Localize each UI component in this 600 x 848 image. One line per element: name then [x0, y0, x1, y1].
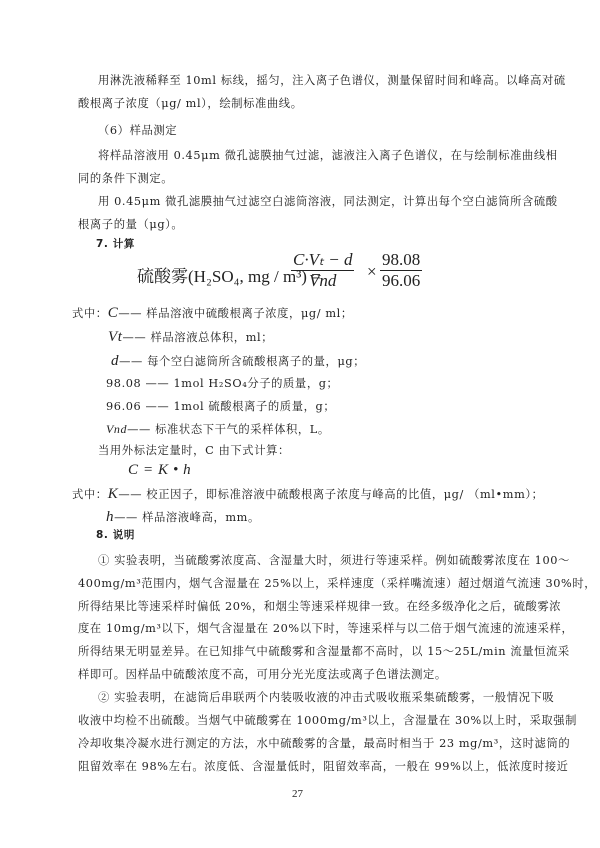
symbol: d — [111, 353, 119, 369]
note-line: 度在 10mg/m³以下，烟气含湿量在 20%以下时，等速采样与以二倍于烟气流速… — [78, 622, 573, 636]
subheading: （6）样品测定 — [98, 124, 177, 138]
definition-d: d—— 每个空白滤筒所含硫酸根离子的量，μg； — [111, 354, 365, 369]
note-line: ② 实验表明，在滤筒后串联两个内装吸收液的冲击式吸收瓶采集硫酸雾，一般情况下吸 — [98, 691, 554, 705]
paragraph: 用淋洗液稀释至 10ml 标线，摇匀，注入离子色谱仪，测量保留时间和峰高。以峰高… — [98, 74, 566, 88]
fraction-main: C·Vₜ − d Vnd — [291, 250, 354, 291]
paragraph: 根离子的量（μg）。 — [78, 218, 183, 232]
fraction-factor: 98.08 96.06 — [380, 250, 422, 291]
symbol: Vnd — [106, 422, 127, 436]
desc: —— 校正因子，即标准溶液中硫酸根离子浓度与峰高的比值，μg/ （ml•mm）； — [118, 488, 543, 501]
paragraph: 同的条件下测定。 — [78, 172, 173, 186]
symbol: h — [106, 509, 114, 525]
note-line: 冷却收集冷凝水进行测定的方法，水中硫酸雾的含量，最高时相当于 23 mg/m³，… — [78, 737, 570, 751]
prefix: 式中： — [72, 307, 108, 320]
desc: —— 标准状态下干气的采样体积，L。 — [127, 423, 330, 436]
note-line: 阻留效率在 98%左右。浓度低、含湿量低时，阻留效率高，一般在 99%以上，低浓… — [78, 760, 569, 774]
formula-C-K-h: C = K • h — [128, 463, 191, 477]
note-line: 400mg/m³范围内，烟气含湿量在 25%以上，采样速度（采样嘴流速）超过烟道… — [78, 577, 596, 591]
definition-Vt: Vt—— 样品溶液总体积，ml； — [108, 330, 273, 345]
definition-C: 式中：C—— 样品溶液中硫酸根离子浓度，μg/ ml； — [72, 306, 353, 321]
desc: —— 样品溶液总体积，ml； — [123, 331, 274, 344]
denominator: Vnd — [291, 271, 354, 291]
definition-9808: 98.08 —— 1mol H₂SO₄分子的质量，g； — [106, 377, 338, 391]
factor-numerator: 98.08 — [380, 250, 422, 271]
numerator: C·Vₜ − d — [291, 250, 354, 271]
times-sign: × — [367, 262, 377, 282]
definition-9606: 96.06 —— 1mol 硫酸根离子的质量，g； — [106, 400, 335, 414]
symbol: Vt — [108, 329, 123, 345]
factor-denominator: 96.06 — [380, 271, 422, 291]
symbol: C — [108, 305, 119, 321]
section-heading: 7. 计算 — [96, 237, 135, 251]
note-line: 样即可。因样品中硫酸浓度不高，可用分光光度法或离子色谱法测定。 — [78, 668, 447, 682]
prefix: 式中： — [72, 488, 108, 501]
note-line: ① 实验表明，当硫酸雾浓度高、含湿量大时，须进行等速采样。例如硫酸雾浓度在 10… — [98, 554, 570, 568]
note-line: 收液中均检不出硫酸。当烟气中硫酸雾在 1000mg/m³以上，含湿量在 30%以… — [78, 714, 577, 728]
desc: —— 样品溶液中硫酸根离子浓度，μg/ ml； — [118, 307, 352, 320]
paragraph: 当用外标法定量时，C 由下式计算： — [98, 444, 290, 458]
definition-Vnd: Vnd—— 标准状态下干气的采样体积，L。 — [106, 422, 330, 437]
desc: —— 样品溶液峰高，mm。 — [114, 511, 260, 524]
definition-h: h—— 样品溶液峰高，mm。 — [106, 510, 260, 525]
definition-K: 式中：K—— 校正因子，即标准溶液中硫酸根离子浓度与峰高的比值，μg/ （ml•… — [72, 487, 544, 502]
paragraph: 酸根离子浓度（μg/ ml），绘制标准曲线。 — [78, 97, 303, 111]
paragraph: 用 0.45μm 微孔滤膜抽气过滤空白滤筒溶液，同法测定，计算出每个空白滤筒所含… — [98, 195, 558, 209]
section-heading: 8. 说明 — [96, 528, 135, 542]
paragraph: 将样品溶液用 0.45μm 微孔滤膜抽气过滤，滤液注入离子色谱仪，在与绘制标准曲… — [98, 149, 558, 163]
page-number: 27 — [292, 788, 303, 800]
note-line: 所得结果比等速采样时偏低 20%，和烟尘等速采样规律一致。在经多级净化之后，硫酸… — [78, 600, 561, 614]
note-line: 所得结果无明显差异。在已知排气中硫酸雾和含湿量都不高时，以 15～25L/min… — [78, 645, 570, 659]
symbol: K — [108, 486, 119, 502]
desc: —— 每个空白滤筒所含硫酸根离子的量，μg； — [119, 355, 365, 368]
